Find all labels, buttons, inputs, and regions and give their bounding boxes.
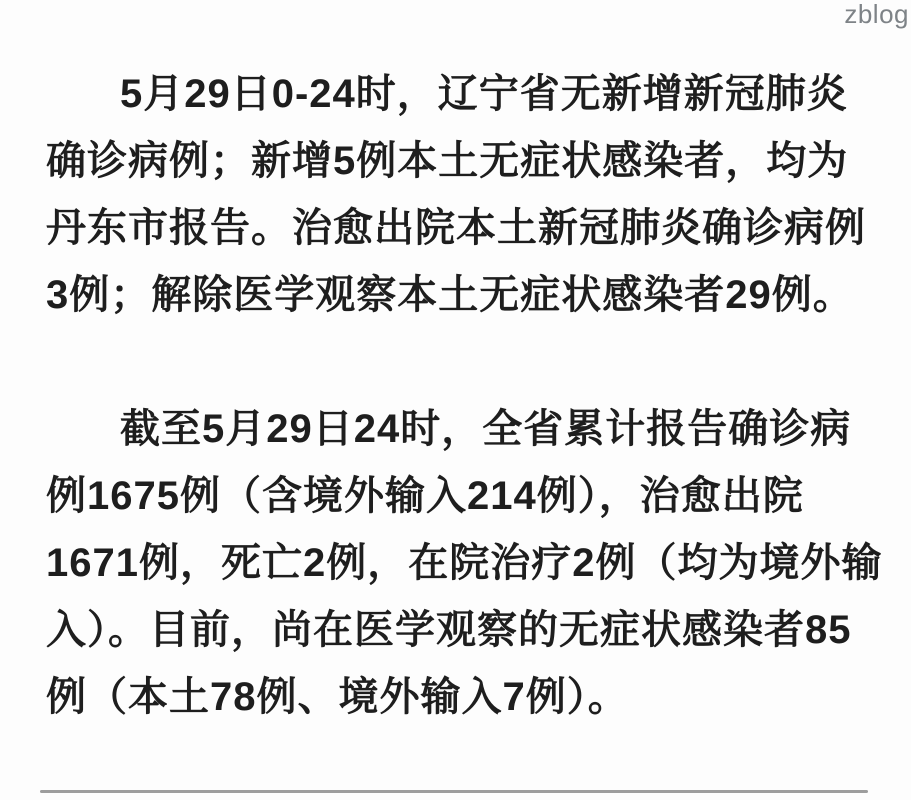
- bottom-divider: [40, 790, 868, 793]
- text-line: 3例；解除医学观察本土无症状感染者29例。: [46, 262, 880, 329]
- paragraph-daily-report: 5月29日0-24时，辽宁省无新增新冠肺炎 确诊病例；新增5例本土无症状感染者，…: [46, 61, 880, 329]
- paragraph-cumulative-report: 截至5月29日24时，全省累计报告确诊病 例1675例（含境外输入214例），治…: [46, 396, 880, 731]
- text-line: 例（本土78例、境外输入7例）。: [46, 664, 880, 731]
- text-line: 1671例，死亡2例，在院治疗2例（均为境外输: [46, 530, 880, 597]
- text-line: 例1675例（含境外输入214例），治愈出院: [46, 463, 880, 530]
- text-line: 丹东市报告。治愈出院本土新冠肺炎确诊病例: [46, 195, 880, 262]
- text-line: 入）。目前，尚在医学观察的无症状感染者85: [46, 597, 880, 664]
- text-line: 5月29日0-24时，辽宁省无新增新冠肺炎: [46, 61, 880, 128]
- text-line: 确诊病例；新增5例本土无症状感染者，均为: [46, 128, 880, 195]
- article-body: 5月29日0-24时，辽宁省无新增新冠肺炎 确诊病例；新增5例本土无症状感染者，…: [46, 61, 880, 731]
- text-line: 截至5月29日24时，全省累计报告确诊病: [46, 396, 880, 463]
- site-watermark: zblog: [844, 0, 909, 29]
